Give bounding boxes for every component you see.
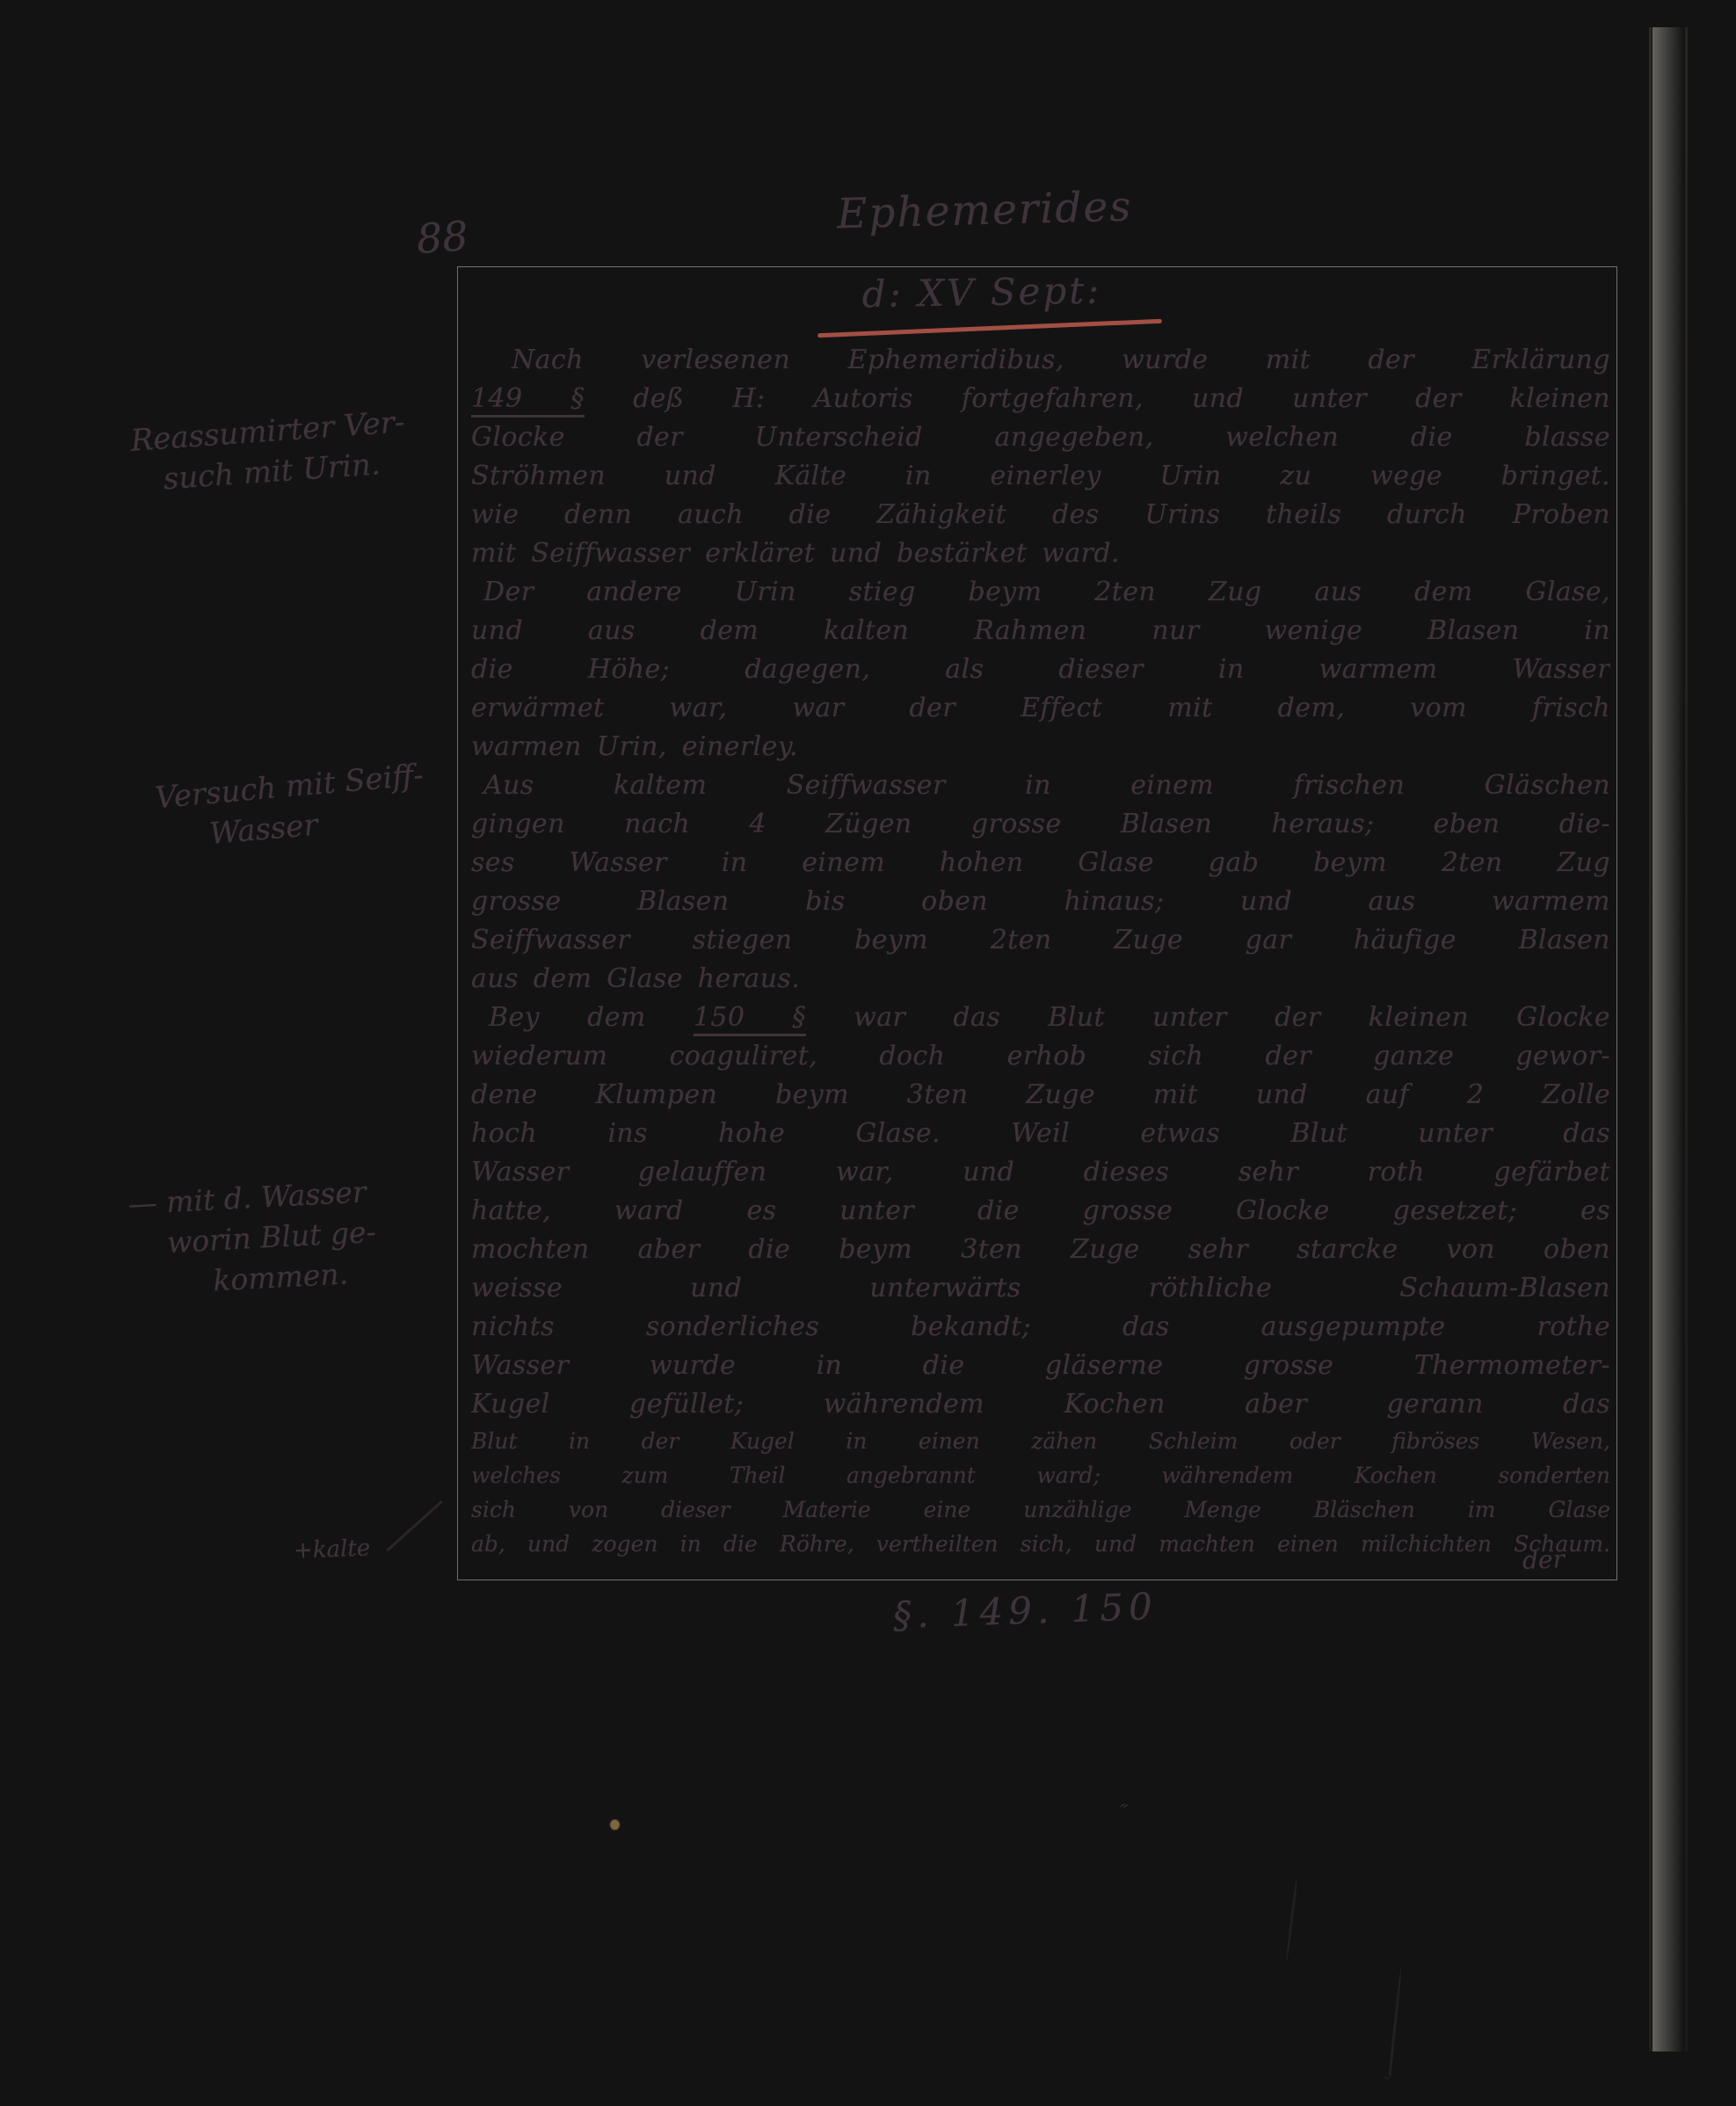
- text-segment: Blut in der Kugel in einen zähen Schleim…: [471, 1428, 1610, 1454]
- text-segment: Ströhmen und Kälte in einerley Urin zu w…: [471, 461, 1610, 491]
- manuscript-line: Wasser gelauffen war, und dieses sehr ro…: [471, 1153, 1610, 1192]
- text-segment: gingen nach 4 Zügen grosse Blasen heraus…: [471, 809, 1610, 839]
- text-segment: Aus kaltem Seiffwasser in einem frischen…: [483, 770, 1610, 801]
- underlined-reference: 149 §: [471, 383, 585, 418]
- manuscript-line: sich von dieser Materie eine unzählige M…: [471, 1492, 1610, 1527]
- page-crease: [1649, 27, 1652, 2052]
- text-segment: ses Wasser in einem hohen Glase gab beym…: [471, 847, 1610, 878]
- manuscript-line: aus dem Glase heraus.: [471, 960, 1610, 999]
- manuscript-line: hatte, ward es unter die grosse Glocke g…: [471, 1192, 1610, 1231]
- text-segment: war das Blut unter der kleinen Glocke: [806, 1002, 1610, 1033]
- text-segment: und aus dem kalten Rahmen nur wenige Bla…: [471, 615, 1610, 646]
- manuscript-line: wie denn auch die Zähigkeit des Urins th…: [471, 496, 1610, 534]
- manuscript-line: und aus dem kalten Rahmen nur wenige Bla…: [471, 612, 1610, 650]
- text-segment: hoch ins hohe Glase. Weil etwas Blut unt…: [471, 1118, 1610, 1149]
- manuscript-line: weisse und unterwärts röthliche Schaum-B…: [471, 1269, 1610, 1308]
- manuscript-line: die Höhe; dagegen, als dieser in warmem …: [471, 650, 1610, 689]
- manuscript-line: mit Seiffwasser erkläret und bestärket w…: [471, 534, 1610, 573]
- text-segment: welches zum Theil angebrannt ward; währe…: [471, 1463, 1610, 1488]
- text-segment: sich von dieser Materie eine unzählige M…: [471, 1497, 1610, 1522]
- paragraph: Aus kaltem Seiffwasser in einem frischen…: [471, 766, 1610, 999]
- manuscript-line: Glocke der Unterscheid angegeben, welche…: [471, 418, 1610, 457]
- manuscript-line: Seiffwasser stiegen beym 2ten Zuge gar h…: [471, 921, 1610, 960]
- manuscript-line: warmen Urin, einerley.: [471, 728, 1610, 766]
- text-segment: mochten aber die beym 3ten Zuge sehr sta…: [471, 1234, 1610, 1265]
- text-segment: Der andere Urin stieg beym 2ten Zug aus …: [483, 577, 1610, 607]
- page-crease: [1685, 27, 1688, 2052]
- ink-stain: [610, 1819, 620, 1830]
- manuscript-line: welches zum Theil angebrannt ward; währe…: [471, 1458, 1610, 1492]
- text-segment: erwärmet war, war der Effect mit dem, vo…: [471, 693, 1610, 723]
- text-segment: die Höhe; dagegen, als dieser in warmem …: [471, 654, 1610, 685]
- text-segment: aus dem Glase heraus.: [471, 963, 800, 994]
- text-segment: warmen Urin, einerley.: [471, 731, 798, 762]
- margin-note-insertion: +kalte: [293, 1528, 371, 1571]
- text-segment: Glocke der Unterscheid angegeben, welche…: [471, 422, 1610, 453]
- text-segment: hatte, ward es unter die grosse Glocke g…: [471, 1195, 1610, 1226]
- paragraph: Bey dem 150 § war das Blut unter der kle…: [471, 999, 1610, 1424]
- text-segment: dene Klumpen beym 3ten Zuge mit und auf …: [471, 1079, 1610, 1110]
- manuscript-line: hoch ins hohe Glase. Weil etwas Blut unt…: [471, 1115, 1610, 1153]
- text-segment: nichts sonderliches bekandt; das ausgepu…: [471, 1311, 1610, 1342]
- text-segment: Wasser gelauffen war, und dieses sehr ro…: [471, 1157, 1610, 1187]
- manuscript-line: mochten aber die beym 3ten Zuge sehr sta…: [471, 1231, 1610, 1269]
- text-segment: mit Seiffwasser erkläret und bestärket w…: [471, 538, 1120, 569]
- text-segment: deß H: Autoris fortgefahren, und unter d…: [585, 383, 1610, 414]
- manuscript-line: Bey dem 150 § war das Blut unter der kle…: [471, 999, 1610, 1037]
- manuscript-line: Nach verlesenen Ephemeridibus, wurde mit…: [471, 341, 1610, 380]
- text-segment: wiederum coaguliret, doch erhob sich der…: [471, 1041, 1610, 1071]
- paragraph: Nach verlesenen Ephemeridibus, wurde mit…: [471, 341, 1610, 573]
- manuscript-line: gingen nach 4 Zügen grosse Blasen heraus…: [471, 805, 1610, 844]
- text-segment: Seiffwasser stiegen beym 2ten Zuge gar h…: [471, 925, 1610, 955]
- manuscript-line: wiederum coaguliret, doch erhob sich der…: [471, 1037, 1610, 1076]
- manuscript-scan: 88 Ephemerides d: XV Sept: Nach verlesen…: [0, 0, 1736, 2106]
- underlined-reference: 150 §: [694, 1002, 806, 1036]
- text-segment: wie denn auch die Zähigkeit des Urins th…: [471, 499, 1610, 530]
- manuscript-line: 149 § deß H: Autoris fortgefahren, und u…: [471, 380, 1610, 418]
- running-title: Ephemerides: [836, 183, 1133, 239]
- manuscript-line: Der andere Urin stieg beym 2ten Zug aus …: [471, 573, 1610, 612]
- manuscript-line: erwärmet war, war der Effect mit dem, vo…: [471, 689, 1610, 728]
- manuscript-line: Wasser wurde in die gläserne grosse Ther…: [471, 1347, 1610, 1385]
- manuscript-line: Blut in der Kugel in einen zähen Schleim…: [471, 1424, 1610, 1458]
- text-segment: weisse und unterwärts röthliche Schaum-B…: [471, 1273, 1610, 1304]
- footer-section-reference: §. 149. 150: [892, 1585, 1158, 1637]
- paragraph: Der andere Urin stieg beym 2ten Zug aus …: [471, 573, 1610, 766]
- manuscript-line: dene Klumpen beym 3ten Zuge mit und auf …: [471, 1076, 1610, 1115]
- margin-note-blut: — mit d. Wasser worin Blut ge- kommen.: [127, 1172, 380, 1305]
- manuscript-line: ab, und zogen in die Röhre, vertheilten …: [471, 1527, 1610, 1561]
- catchword: der: [1522, 1544, 1565, 1575]
- text-segment: Bey dem: [489, 1002, 694, 1033]
- text-segment: Wasser wurde in die gläserne grosse Ther…: [471, 1350, 1610, 1381]
- text-segment: Nach verlesenen Ephemeridibus, wurde mit…: [512, 345, 1610, 375]
- folio-number: 88: [415, 212, 469, 263]
- text-segment: Kugel gefüllet; währendem Kochen aber ge…: [471, 1389, 1610, 1420]
- text-segment: grosse Blasen bis oben hinaus; und aus w…: [471, 886, 1610, 917]
- page-fore-edge: [1652, 27, 1684, 2052]
- paragraph: Blut in der Kugel in einen zähen Schleim…: [471, 1424, 1610, 1561]
- manuscript-text: Nach verlesenen Ephemeridibus, wurde mit…: [471, 341, 1610, 1561]
- text-segment: ab, und zogen in die Röhre, vertheilten …: [471, 1531, 1610, 1557]
- manuscript-line: Ströhmen und Kälte in einerley Urin zu w…: [471, 457, 1610, 496]
- manuscript-line: nichts sonderliches bekandt; das ausgepu…: [471, 1308, 1610, 1347]
- manuscript-line: ses Wasser in einem hohen Glase gab beym…: [471, 844, 1610, 882]
- manuscript-line: Kugel gefüllet; währendem Kochen aber ge…: [471, 1385, 1610, 1424]
- manuscript-line: Aus kaltem Seiffwasser in einem frischen…: [471, 766, 1610, 805]
- manuscript-line: grosse Blasen bis oben hinaus; und aus w…: [471, 882, 1610, 921]
